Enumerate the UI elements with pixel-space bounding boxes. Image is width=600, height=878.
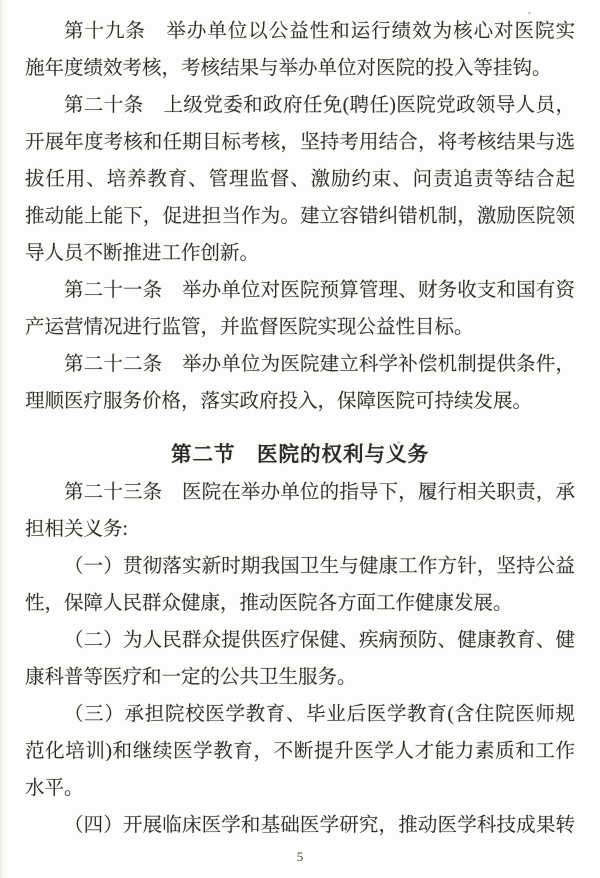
text-line: 开展年度考核和任期目标考核，坚持考用结合，将考核结果与选 [25, 124, 575, 161]
scan-speck [397, 441, 400, 444]
text-line: 第十九条 举办单位以公益性和运行绩效为核心对医院实 [25, 13, 575, 50]
text-line: 第二十二条 举办单位为医院建立科学补偿机制提供条件， [25, 346, 575, 383]
page-number: 5 [0, 849, 600, 865]
text-line: 第二十条 上级党委和政府任免(聘任)医院党政领导人员， [25, 87, 575, 124]
document-page: 第十九条 举办单位以公益性和运行绩效为核心对医院实施年度绩效考核，考核结果与举办… [0, 0, 600, 878]
text-line: 担相关义务: [25, 511, 575, 548]
text-line: 水平。 [25, 770, 575, 807]
text-line: 施年度绩效考核，考核结果与举办单位对医院的投入等挂钩。 [25, 50, 575, 87]
scan-speck [561, 288, 563, 290]
text-line: 范化培训)和继续医学教育，不断提升医学人才能力素质和工作 [25, 733, 575, 770]
text-line: （三）承担院校医学教育、毕业后医学教育(含住院医师规 [25, 696, 575, 733]
text-line: 推动能上能下，促进担当作为。建立容错纠错机制，激励医院领 [25, 198, 575, 235]
section-heading: 第二节 医院的权利与义务 [25, 437, 575, 474]
document-body: 第十九条 举办单位以公益性和运行绩效为核心对医院实施年度绩效考核，考核结果与举办… [25, 13, 575, 844]
scan-speck [528, 12, 531, 14]
text-line: 康科普等医疗和一定的公共卫生服务。 [25, 659, 575, 696]
text-line: （二）为人民群众提供医疗保健、疾病预防、健康教育、健 [25, 622, 575, 659]
text-line: 第二十一条 举办单位对医院预算管理、财务收支和国有资 [25, 272, 575, 309]
text-line: 产运营情况进行监管，并监督医院实现公益性目标。 [25, 309, 575, 346]
text-line: 性，保障人民群众健康，推动医院各方面工作健康发展。 [25, 585, 575, 622]
text-line: （一）贯彻落实新时期我国卫生与健康工作方针，坚持公益 [25, 548, 575, 585]
text-line: 理顺医疗服务价格，落实政府投入，保障医院可持续发展。 [25, 383, 575, 420]
text-line: 导人员不断推进工作创新。 [25, 235, 575, 272]
text-line: 第二十三条 医院在举办单位的指导下，履行相关职责，承 [25, 474, 575, 511]
text-line: 拔任用、培养教育、管理监督、激励约束、问责追责等结合起来， [25, 161, 575, 198]
text-line: （四）开展临床医学和基础医学研究，推动医学科技成果转 [25, 807, 575, 844]
